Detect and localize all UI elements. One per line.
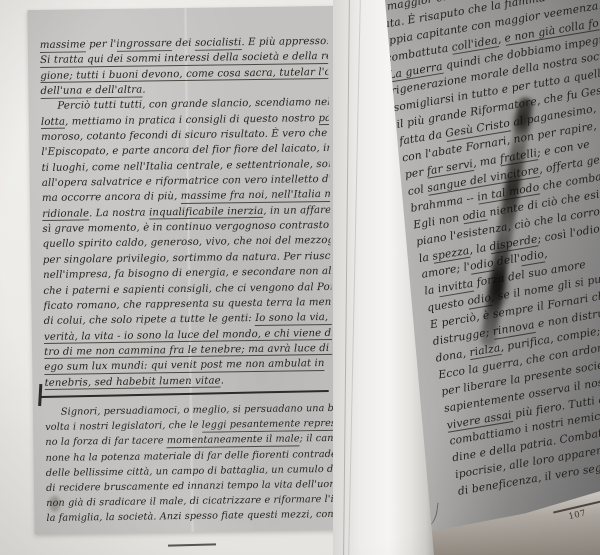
book-photo: massime per l'ingrossare dei socialisti.… [0, 0, 600, 555]
left-manuscript-text-upper: massime per l'ingrossare dei socialisti.… [40, 34, 333, 391]
divider-rule [41, 390, 329, 398]
page-edge-line [348, 0, 361, 555]
handwritten-divider [39, 382, 331, 404]
left-page-footer-rule [168, 543, 216, 546]
right-page: che forze brutali,a maggior energia la m… [333, 0, 600, 555]
page-edge-line [343, 0, 350, 555]
manuscript-line: la famiglia, la società. Anzi spesso fia… [46, 507, 334, 526]
left-page-manuscript: massime per l'ingrossare dei socialisti.… [27, 6, 340, 534]
left-manuscript-text-lower: Signori, persuadiamoci, o meglio, si per… [45, 401, 335, 526]
